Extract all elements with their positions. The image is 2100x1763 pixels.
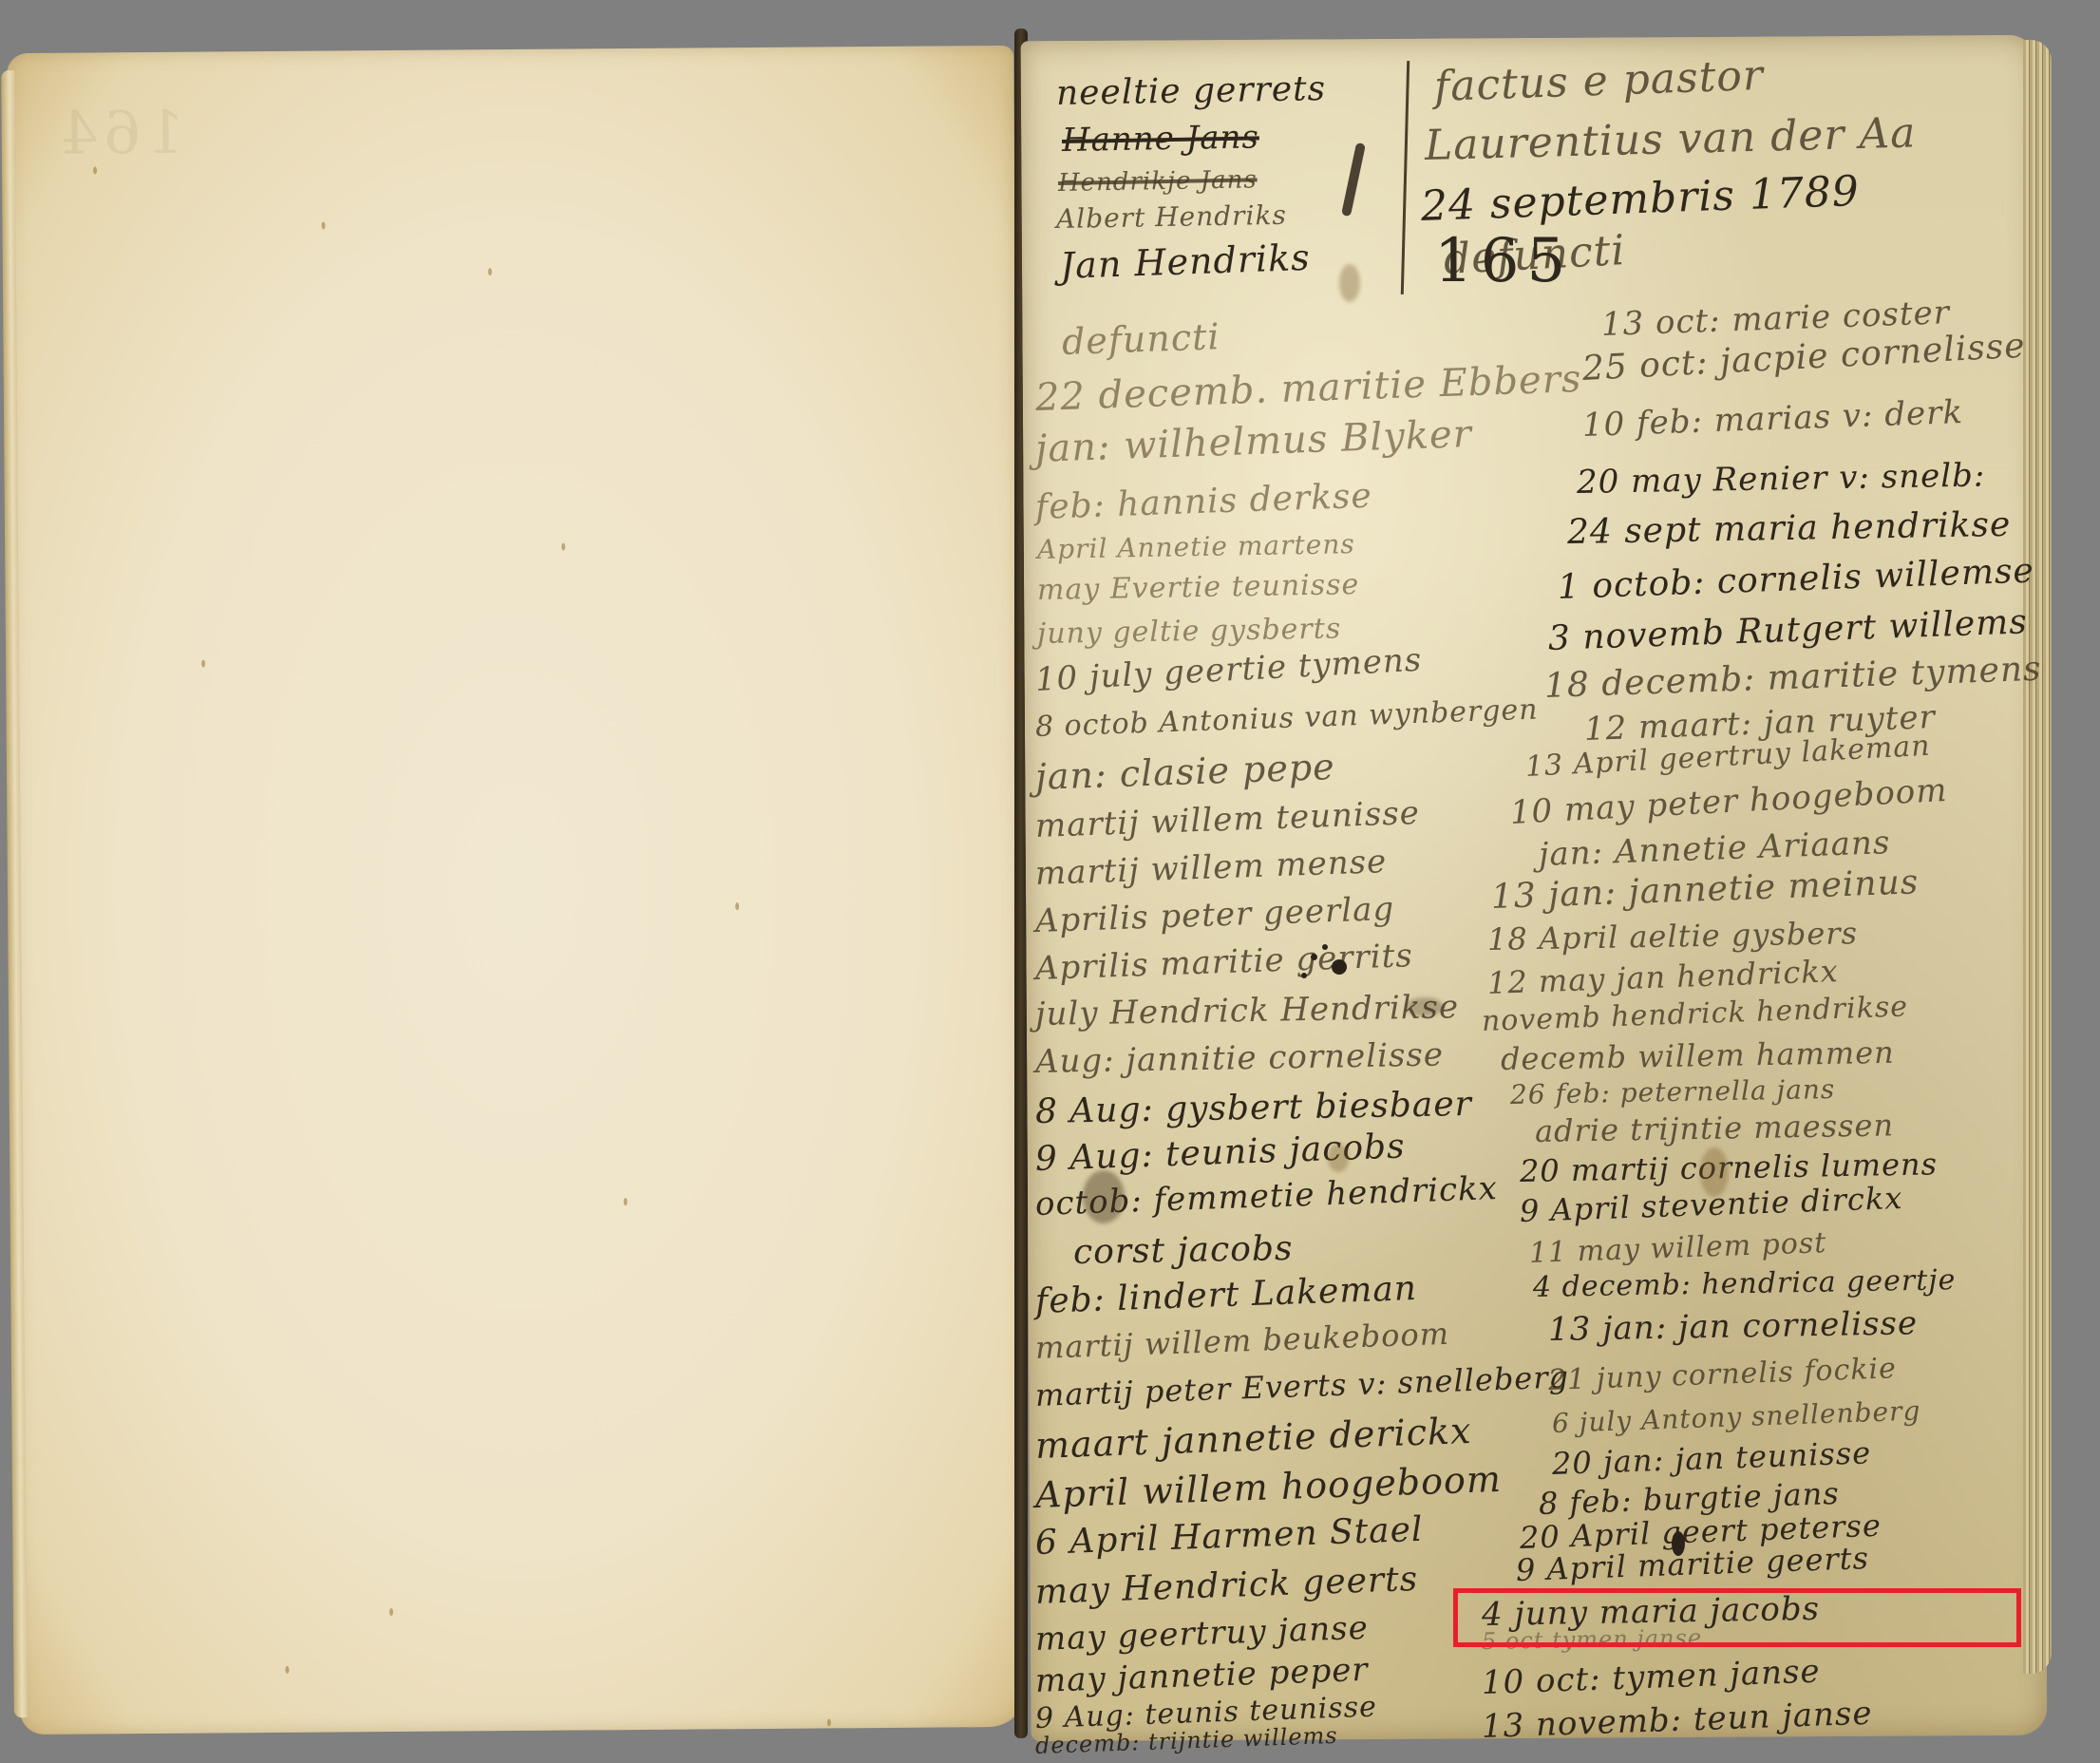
- header-name-struck: Hanne Jans: [1062, 118, 1260, 160]
- page-number: 165: [1434, 226, 1573, 296]
- foxing-spot: [321, 222, 325, 230]
- show-through-page-number: 164: [54, 98, 184, 168]
- entry-line: Aug: jannitie cornelisse: [1035, 1035, 1445, 1080]
- header-name: Albert Hendriks: [1056, 199, 1287, 235]
- ink-blot: [1672, 1531, 1685, 1556]
- foxing-spot: [201, 660, 205, 668]
- foxing-spot: [561, 543, 565, 551]
- stain: [1328, 1144, 1349, 1172]
- ink-blot: [1311, 954, 1317, 960]
- stain: [1339, 264, 1360, 302]
- foxing-spot: [389, 1608, 393, 1616]
- entry-line: adrie trijntie maessen: [1535, 1107, 1895, 1149]
- entry-line: 26 feb: peternella jans: [1510, 1073, 1836, 1110]
- entry-line: corst jacobs: [1073, 1229, 1294, 1272]
- foxing-spot: [827, 1718, 831, 1726]
- entry-line: 24 sept maria hendrikse: [1567, 505, 2012, 552]
- entry-line: july Hendrick Hendrikse: [1035, 988, 1460, 1033]
- foxing-spot: [735, 902, 739, 910]
- entry-line: April Annetie martens: [1037, 528, 1355, 565]
- header-name-struck: Hendrikje Jans: [1058, 165, 1258, 198]
- header-name: Jan Hendriks: [1059, 237, 1311, 287]
- stain: [1406, 997, 1444, 1016]
- foxing-spot: [624, 1198, 628, 1205]
- entry-line: 8 Aug: gysbert biesbaer: [1035, 1085, 1472, 1131]
- stain: [1700, 1147, 1729, 1197]
- entry-line: 18 April aeltie gysbers: [1487, 915, 1859, 957]
- entry-line: 13 jan: jan cornelisse: [1548, 1304, 1919, 1349]
- highlight-box: [1453, 1588, 2021, 1647]
- page-edge-stack: [2023, 40, 2052, 1674]
- foxing-spot: [93, 166, 97, 174]
- stain: [1083, 1170, 1125, 1223]
- ink-blot: [1332, 959, 1347, 975]
- entry-line: juny geltie gysberts: [1037, 612, 1342, 651]
- header-name: neeltie gerrets: [1056, 69, 1327, 113]
- entry-line: 20 may Renier v: snelb:: [1577, 456, 1986, 502]
- book-spread: 164 neeltie gerrets Hanne Jans Hendrikje…: [0, 0, 2100, 1763]
- ink-blot: [1322, 944, 1328, 950]
- entry-line: may Evertie teunisse: [1037, 568, 1360, 607]
- foxing-spot: [488, 268, 492, 275]
- entry-line: decemb willem hammen: [1501, 1034, 1895, 1077]
- foxing-spot: [285, 1666, 289, 1674]
- left-page-blank: 164: [7, 46, 1027, 1735]
- ink-blot: [1301, 973, 1307, 978]
- column-heading: defuncti: [1061, 315, 1220, 363]
